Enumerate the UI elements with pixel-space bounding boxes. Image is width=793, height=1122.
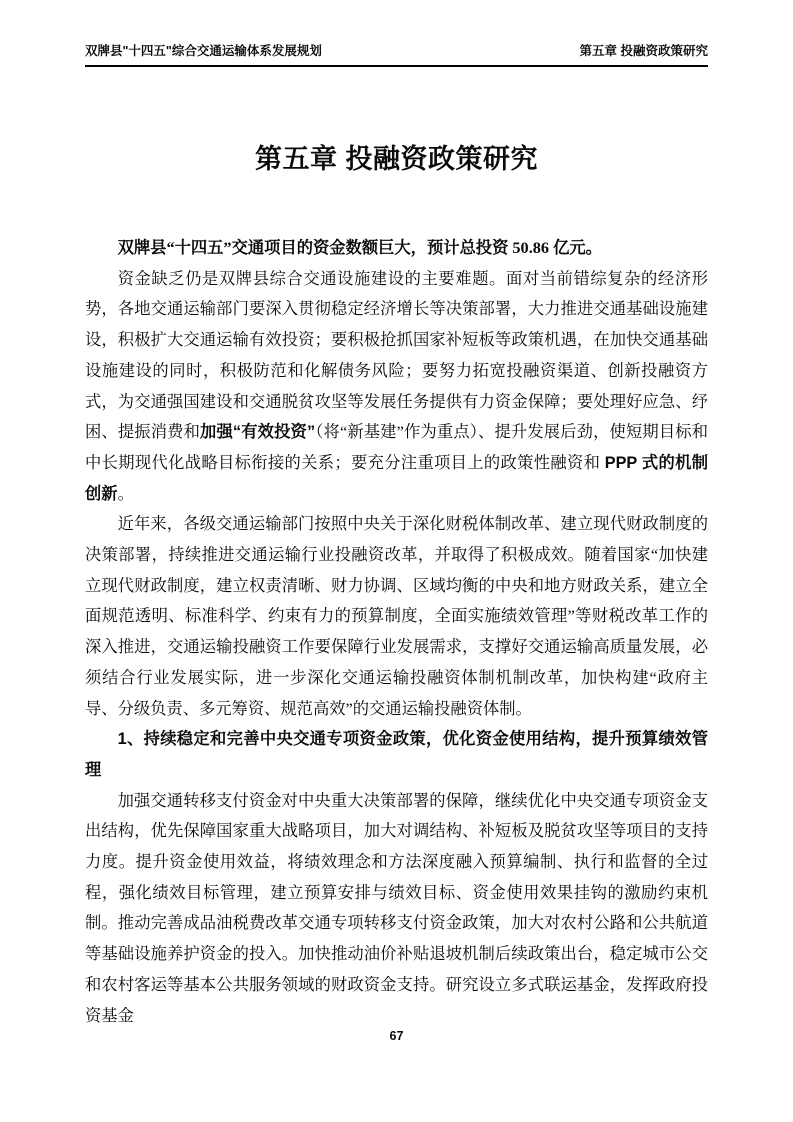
document-body: 双牌县“十四五”交通项目的资金数额巨大，预计总投资 50.86 亿元。 资金缺乏… — [85, 233, 708, 1031]
paragraph-funding-gap: 资金缺乏仍是双牌县综合交通设施建设的主要难题。面对当前错综复杂的经济形势，各地交… — [85, 264, 708, 510]
section-heading-1: 1、持续稳定和完善中央交通专项资金政策，优化资金使用结构，提升预算绩效管理 — [85, 724, 708, 785]
header-left-title: 双牌县"十四五"综合交通运输体系发展规划 — [85, 44, 322, 58]
running-header: 双牌县"十四五"综合交通运输体系发展规划 第五章 投融资政策研究 — [85, 44, 708, 67]
paragraph-text: 。 — [118, 484, 134, 503]
lead-sentence: 双牌县“十四五”交通项目的资金数额巨大，预计总投资 50.86 亿元。 — [85, 233, 708, 264]
paragraph-text: 资金缺乏仍是双牌县综合交通设施建设的主要难题。面对当前错综复杂的经济形势，各地交… — [85, 269, 708, 442]
bold-emphasis-effective-investment: 加强“有效投资” — [200, 423, 315, 441]
page-number: 67 — [0, 1028, 793, 1044]
paragraph-transfer-payment: 加强交通转移支付资金对中央重大决策部署的保障，继续优化中央交通专项资金支出结构，… — [85, 786, 708, 1032]
paragraph-reform-progress: 近年来，各级交通运输部门按照中央关于深化财税体制改革、建立现代财政制度的决策部署… — [85, 509, 708, 724]
chapter-title: 第五章 投融资政策研究 — [85, 142, 708, 176]
document-page: 双牌县"十四五"综合交通运输体系发展规划 第五章 投融资政策研究 第五章 投融资… — [0, 0, 793, 1122]
header-right-chapter: 第五章 投融资政策研究 — [580, 44, 708, 58]
